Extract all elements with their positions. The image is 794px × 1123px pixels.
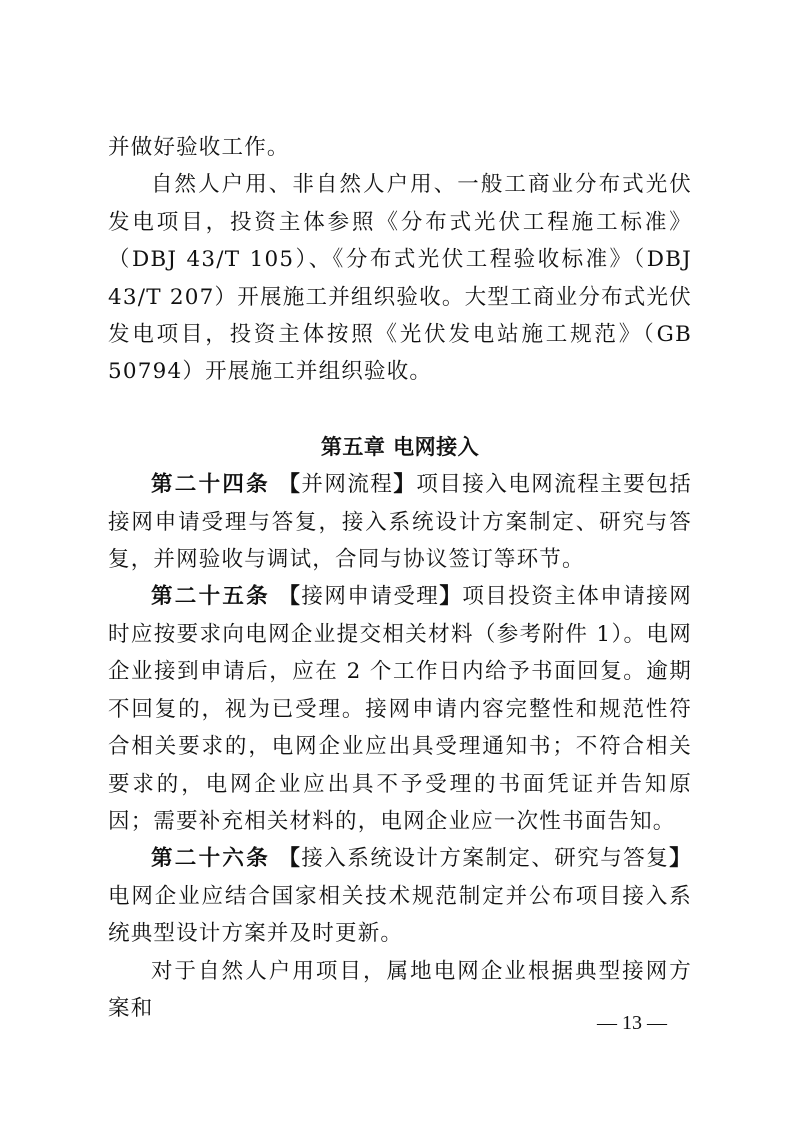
standards-paragraph: 自然人户用、非自然人户用、一般工商业分布式光伏发电项目，投资主体参照《分布式光伏… <box>108 166 692 390</box>
page-number: — 13 — <box>597 1012 667 1035</box>
article-number: 第二十六条 <box>151 846 270 871</box>
document-body: 并做好验收工作。 自然人户用、非自然人户用、一般工商业分布式光伏发电项目，投资主… <box>108 129 692 1027</box>
title-bracket-open: 【 <box>278 472 301 497</box>
continuation-paragraph: 并做好验收工作。 <box>108 129 692 166</box>
title-bracket-close: 】 <box>439 584 462 609</box>
article-25: 第二十五条 【接网申请受理】项目投资主体申请接网时应按要求向电网企业提交相关材料… <box>108 578 692 840</box>
article-24: 第二十四条 【并网流程】项目接入电网流程主要包括接网申请受理与答复，接入系统设计… <box>108 466 692 578</box>
article-title: 并网流程 <box>301 472 393 497</box>
title-bracket-close: 】 <box>669 846 692 871</box>
article-title: 接网申请受理 <box>301 584 439 609</box>
article-title: 接入系统设计方案制定、研究与答复 <box>301 846 669 871</box>
title-bracket-close: 】 <box>393 472 416 497</box>
document-page: 并做好验收工作。 自然人户用、非自然人户用、一般工商业分布式光伏发电项目，投资主… <box>0 0 794 1123</box>
article-26: 第二十六条 【接入系统设计方案制定、研究与答复】电网企业应结合国家相关技术规范制… <box>108 840 692 952</box>
chapter-title: 第五章 电网接入 <box>108 391 692 466</box>
article-number: 第二十五条 <box>151 584 270 609</box>
article-text: 项目投资主体申请接网时应按要求向电网企业提交相关材料（参考附件 1）。电网企业接… <box>108 584 692 833</box>
article-number: 第二十四条 <box>151 472 270 497</box>
title-bracket-open: 【 <box>278 584 301 609</box>
article-text: 电网企业应结合国家相关技术规范制定并公布项目接入系统典型设计方案并及时更新。 <box>108 884 692 946</box>
title-bracket-open: 【 <box>278 846 301 871</box>
